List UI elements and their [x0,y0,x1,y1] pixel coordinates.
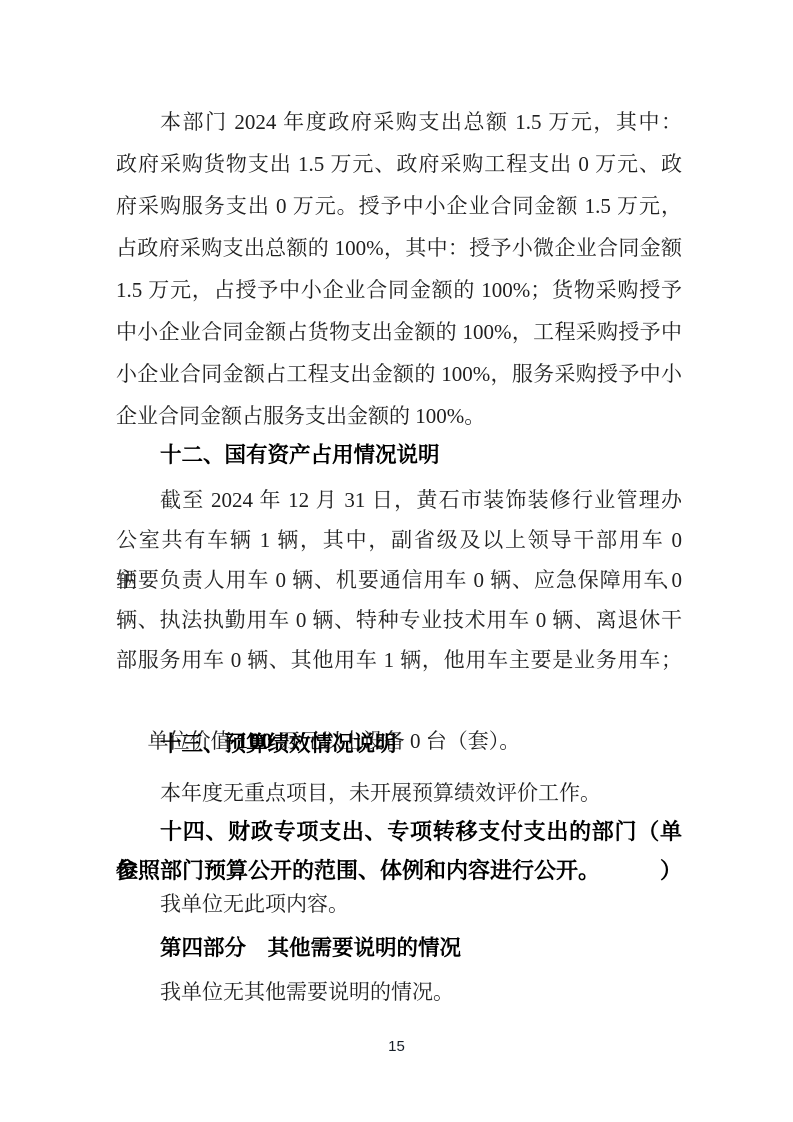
text-line: 1.5 万元，占授予中小企业合同金额的 100%；货物采购授予 [116,269,682,311]
document-page: 本部门 2024 年度政府采购支出总额 1.5 万元，其中：政府采购货物支出 1… [0,0,793,1122]
page-number: 15 [0,1036,793,1058]
text-line: 截至 2024 年 12 月 31 日，黄石市装饰装修行业管理办 [116,480,682,520]
text-line: 我单位无其他需要说明的情况。 [116,971,682,1013]
heading-part-4: 第四部分 其他需要说明的情况 [116,927,682,969]
text-line: 部服务用车 0 辆、其他用车 1 辆，他用车主要是业务用车； [116,640,682,680]
heading-section-13: 十三、预算绩效情况说明 [116,723,682,765]
text-line: 十四、财政专项支出、专项转移支付支出的部门（单位） [116,813,682,852]
text-line: 本年度无重点项目，未开展预算绩效评价工作。 [116,772,682,814]
text-line: 单位价值 100 万元以上设备 0 台（套）。 [116,678,682,720]
heading-text: 第四部分 其他需要说明的情况 [116,927,682,969]
text-line: 府采购服务支出 0 万元。授予中小企业合同金额 1.5 万元， [116,185,682,227]
heading-text: 十二、国有资产占用情况说明 [116,434,682,476]
procurement-paragraph: 本部门 2024 年度政府采购支出总额 1.5 万元，其中：政府采购货物支出 1… [116,101,682,437]
heading-text: 十三、预算绩效情况说明 [116,723,682,765]
text-line: 中小企业合同金额占货物支出金额的 100%，工程采购授予中 [116,311,682,353]
text-line: 本部门 2024 年度政府采购支出总额 1.5 万元，其中： [116,101,682,143]
text-line: 政府采购货物支出 1.5 万元、政府采购工程支出 0 万元、政 [116,143,682,185]
text-line: 辆、执法执勤用车 0 辆、特种专业技术用车 0 辆、离退休干 [116,600,682,640]
text-line: 我单位无此项内容。 [116,883,682,925]
heading-section-12: 十二、国有资产占用情况说明 [116,434,682,476]
heading-section-14: 十四、财政专项支出、专项转移支付支出的部门（单位）参照部门预算公开的范围、体例和… [116,813,682,891]
other-notes-paragraph: 我单位无其他需要说明的情况。 [116,971,682,1013]
text-line: 小企业合同金额占工程支出金额的 100%，服务采购授予中小 [116,353,682,395]
text-line: 公室共有车辆 1 辆，其中，副省级及以上领导干部用车 0 辆、 [116,520,682,560]
text-line: 占政府采购支出总额的 100%，其中：授予小微企业合同金额 [116,227,682,269]
text-line: 企业合同金额占服务支出金额的 100%。 [116,395,682,437]
text-line: 主要负责人用车 0 辆、机要通信用车 0 辆、应急保障用车 0 [116,560,682,600]
assets-paragraph: 截至 2024 年 12 月 31 日，黄石市装饰装修行业管理办公室共有车辆 1… [116,480,682,680]
assets-paragraph-last-line: 单位价值 100 万元以上设备 0 台（套）。 [116,678,682,720]
no-content-paragraph: 我单位无此项内容。 [116,883,682,925]
performance-paragraph: 本年度无重点项目，未开展预算绩效评价工作。 [116,772,682,814]
